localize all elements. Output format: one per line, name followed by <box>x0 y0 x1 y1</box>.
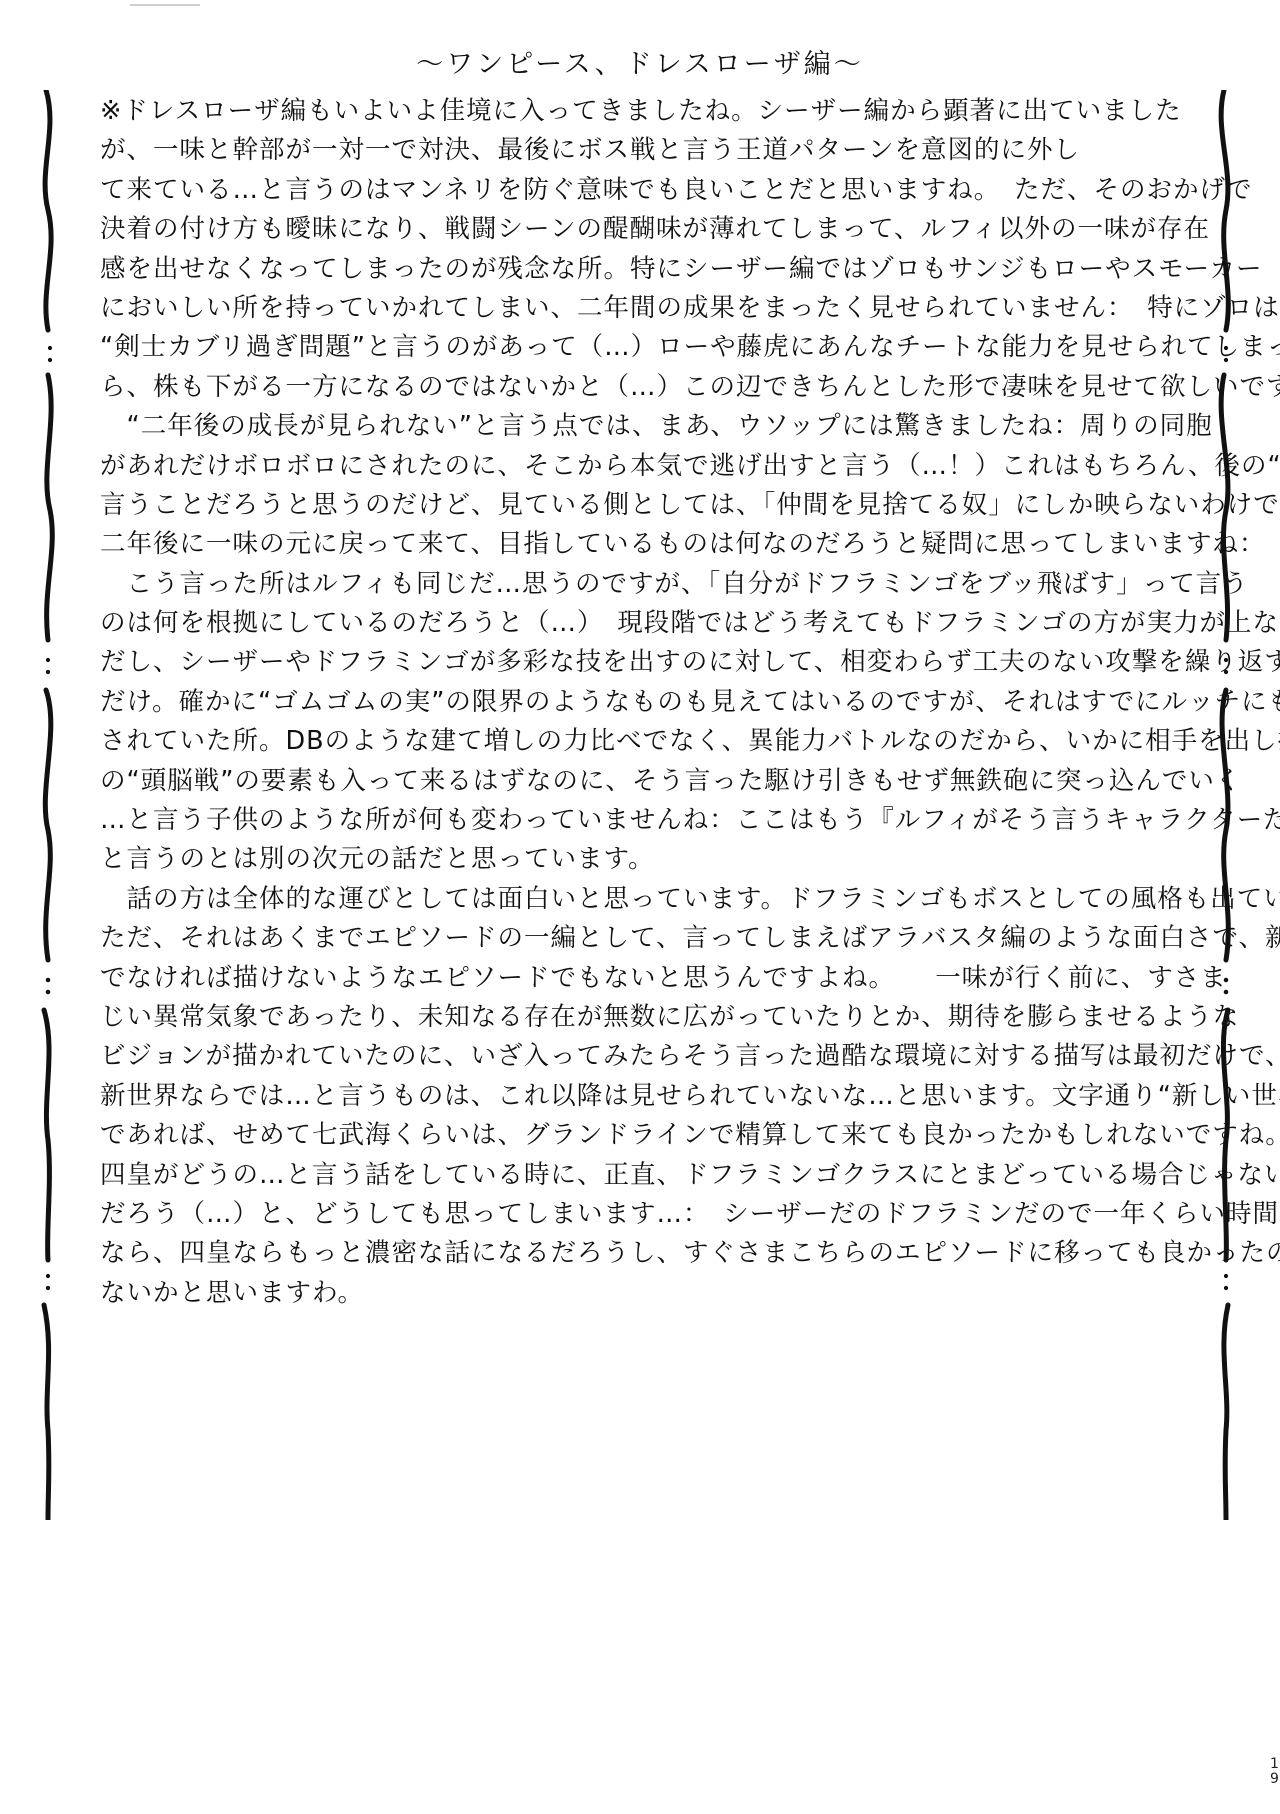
text-line: て来ている…と言うのはマンネリを防ぐ意味でも良いことだと思いますね。 ただ、その… <box>100 171 1190 210</box>
text-line: されていた所。DBのような建て増しの力比べでなく、異能力バトルなのだから、いかに… <box>100 722 1190 761</box>
page-number-digit: 1 <box>1270 1757 1280 1772</box>
text-line: においしい所を持っていかれてしまい、二年間の成果をまったく見せられていません： … <box>100 289 1190 328</box>
text-line: “二年後の成長が見られない”と言う点では、まあ、ウソップには驚きましたね：周りの… <box>100 407 1190 446</box>
text-line: 感を出せなくなってしまったのが残念な所。特にシーザー編ではゾロもサンジもローやス… <box>100 250 1190 289</box>
text-line: でなければ描けないようなエピソードでもないと思うんですよね。 一味が行く前に、す… <box>100 959 1190 998</box>
left-wavy-border-icon <box>36 90 66 1520</box>
text-line: …と言う子供のような所が何も変わっていませんね：ここはもう『ルフィがそう言うキャ… <box>100 801 1190 840</box>
text-line: ら、株も下がる一方になるのではないかと（…）この辺できちんとした形で凄味を見せて… <box>100 368 1190 407</box>
text-line: こう言った所はルフィも同じだ…思うのですが、「自分がドフラミンゴをブッ飛ばす」っ… <box>100 565 1190 604</box>
text-line: 新世界ならでは…と言うものは、これ以降は見せられていないな…と思います。文字通り… <box>100 1077 1190 1116</box>
text-line: 二年後に一味の元に戻って来て、目指しているものは何なのだろうと疑問に思ってしまい… <box>100 525 1190 564</box>
text-line: のは何を根拠にしているのだろうと（…） 現段階ではどう考えてもドフラミンゴの方が… <box>100 604 1190 643</box>
text-line: があれだけボロボロにされたのに、そこから本気で逃げ出すと言う（…！）これはもちろ… <box>100 447 1190 486</box>
text-line: の“頭脳戦”の要素も入って来るはずなのに、そう言った駆け引きもせず無鉄砲に突っ込… <box>100 762 1190 801</box>
text-line: ないかと思いますわ。 <box>100 1274 1190 1313</box>
text-line: 話の方は全体的な運びとしては面白いと思っています。ドフラミンゴもボスとしての風格… <box>100 880 1190 919</box>
text-line: だし、シーザーやドフラミンゴが多彩な技を出すのに対して、相変わらず工夫のない攻撃… <box>100 643 1190 682</box>
text-line: 四皇がどうの…と言う話をしている時に、正直、ドフラミンゴクラスにとまどっている場… <box>100 1156 1190 1195</box>
text-line: 決着の付け方も曖昧になり、戦闘シーンの醍醐味が薄れてしまって、ルフィ以外の一味が… <box>100 210 1190 249</box>
text-line: と言うのとは別の次元の話だと思っています。 <box>100 840 1190 879</box>
page-title: ～ワンピース、ドレスローザ編～ <box>0 42 1280 81</box>
text-line: ビジョンが描かれていたのに、いざ入ってみたらそう言った過酷な環境に対する描写は最… <box>100 1037 1190 1076</box>
body-text: ※ドレスローザ編もいよいよ佳境に入ってきましたね。シーザー編から顕著に出ていまし… <box>100 92 1190 1313</box>
text-line: じい異常気象であったり、未知なる存在が無数に広がっていたりとか、期待を膨らませる… <box>100 998 1190 1037</box>
text-line: なら、四皇ならもっと濃密な話になるだろうし、すぐさまこちらのエピソードに移っても… <box>100 1234 1190 1273</box>
text-line: だろう（…）と、どうしても思ってしまいます…： シーザーだのドフラミンだので一年… <box>100 1195 1190 1234</box>
text-line: であれば、せめて七武海くらいは、グランドラインで精算して来ても良かったかもしれな… <box>100 1116 1190 1155</box>
page-number: 1 9 <box>1270 1757 1280 1787</box>
text-line: ただ、それはあくまでエピソードの一編として、言ってしまえばアラバスタ編のような面… <box>100 919 1190 958</box>
text-line: が、一味と幹部が一対一で対決、最後にボス戦と言う王道パターンを意図的に外し <box>100 131 1190 170</box>
text-line: “剣士カブリ過ぎ問題”と言うのがあって（…）ローや藤虎にあんなチートな能力を見せ… <box>100 328 1190 367</box>
manuscript-page: ～ワンピース、ドレスローザ編～ <box>0 0 1280 1814</box>
text-line: 言うことだろうと思うのだけど、見ている側としては、「仲間を見捨てる奴」にしか映ら… <box>100 486 1190 525</box>
text-line: ※ドレスローザ編もいよいよ佳境に入ってきましたね。シーザー編から顕著に出ていまし… <box>100 92 1190 131</box>
scan-mark <box>130 4 200 6</box>
page-number-digit: 9 <box>1270 1772 1280 1787</box>
text-line: だけ。確かに“ゴムゴムの実”の限界のようなものも見えてはいるのですが、それはすで… <box>100 683 1190 722</box>
